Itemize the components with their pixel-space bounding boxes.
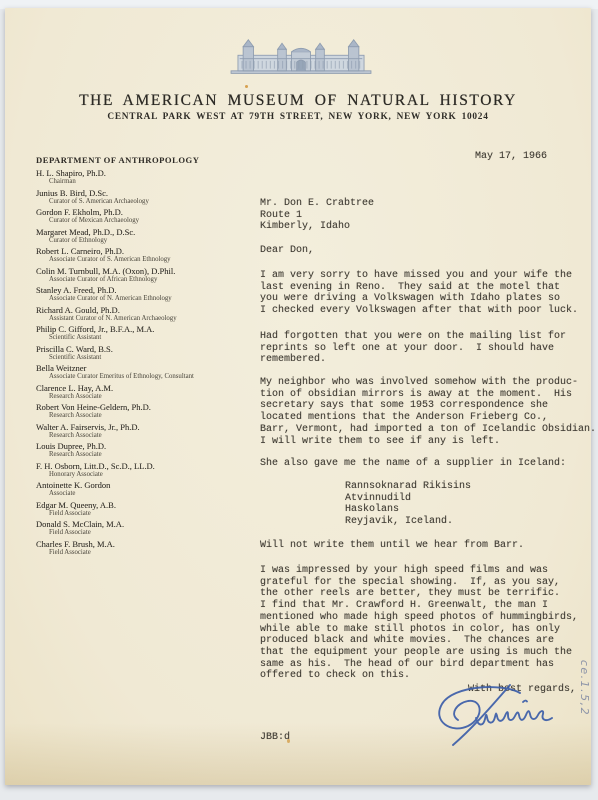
staff-title: Associate Curator of S. American Ethnolo…: [49, 256, 254, 264]
staff-title: Research Associate: [49, 412, 254, 420]
staff-entry: Edgar M. Queeny, A.B.Field Associate: [36, 500, 254, 518]
staff-name: Louis Dupree, Ph.D.: [36, 441, 254, 451]
staff-name: Robert L. Carneiro, Ph.D.: [36, 246, 254, 256]
staff-entry: Gordon F. Ekholm, Ph.D.Curator of Mexica…: [36, 207, 254, 225]
staff-title: Scientific Assistant: [49, 354, 254, 362]
staff-entry: Margaret Mead, Ph.D., D.Sc.Curator of Et…: [36, 227, 254, 245]
staff-title: Scientific Assistant: [49, 334, 254, 342]
staff-title: Honorary Associate: [49, 471, 254, 479]
staff-title: Associate Curator of African Ethnology: [49, 276, 254, 284]
staff-name: Donald S. McClain, M.A.: [36, 519, 254, 529]
staff-name: Robert Von Heine-Geldern, Ph.D.: [36, 402, 254, 412]
staff-name: F. H. Osborn, Litt.D., Sc.D., LL.D.: [36, 461, 254, 471]
recipient-address: Mr. Don E. Crabtree Route 1 Kimberly, Id…: [260, 198, 598, 233]
staff-name: Bella Weitzner: [36, 363, 254, 373]
staff-name: Stanley A. Freed, Ph.D.: [36, 285, 254, 295]
letter-date: May 17, 1966: [475, 151, 547, 163]
staff-entry: Donald S. McClain, M.A.Field Associate: [36, 519, 254, 537]
staff-title: Research Associate: [49, 393, 254, 401]
staff-name: Clarence L. Hay, A.M.: [36, 383, 254, 393]
staff-entry: Philip C. Gifford, Jr., B.F.A., M.A.Scie…: [36, 324, 254, 342]
signature-handwritten-icon: [423, 680, 573, 750]
staff-name: Edgar M. Queeny, A.B.: [36, 500, 254, 510]
supplier-address-block: Rannsoknarad Rikisins Atvinnudild Haskol…: [345, 481, 595, 528]
staff-name: Priscilla C. Ward, B.S.: [36, 344, 254, 354]
staff-entry: Walter A. Fairservis, Jr., Ph.D.Research…: [36, 422, 254, 440]
staff-title: Assistant Curator of N. American Archaeo…: [49, 315, 254, 323]
staff-entry: Stanley A. Freed, Ph.D.Associate Curator…: [36, 285, 254, 303]
paragraph: Will not write them until we hear from B…: [260, 540, 598, 552]
staff-name: Junius B. Bird, D.Sc.: [36, 188, 254, 198]
margin-annotation: ce.1.5,2: [575, 646, 591, 730]
museum-building-engraving-icon: [227, 38, 375, 76]
staff-name: Gordon F. Ekholm, Ph.D.: [36, 207, 254, 217]
staff-entry: Richard A. Gould, Ph.D.Assistant Curator…: [36, 305, 254, 323]
staff-entry: Colin M. Turnbull, M.A. (Oxon), D.Phil.A…: [36, 266, 254, 284]
paragraph: I was impressed by your high speed films…: [260, 565, 598, 682]
paragraph: She also gave me the name of a supplier …: [260, 458, 598, 470]
staff-entry: Bella WeitznerAssociate Curator Emeritus…: [36, 363, 254, 381]
paragraph: My neighbor who was involved somehow wit…: [260, 377, 598, 447]
staff-entry: Robert L. Carneiro, Ph.D.Associate Curat…: [36, 246, 254, 264]
staff-entry: Junius B. Bird, D.Sc.Curator of S. Ameri…: [36, 188, 254, 206]
staff-name: Walter A. Fairservis, Jr., Ph.D.: [36, 422, 254, 432]
staff-name: Margaret Mead, Ph.D., D.Sc.: [36, 227, 254, 237]
paragraph: Had forgotten that you were on the maili…: [260, 331, 598, 366]
staff-title: Research Associate: [49, 451, 254, 459]
staff-title: Curator of Ethnology: [49, 237, 254, 245]
staff-title: Field Associate: [49, 529, 254, 537]
staff-entry: Priscilla C. Ward, B.S.Scientific Assist…: [36, 344, 254, 362]
staff-entry: H. L. Shapiro, Ph.D.Chairman: [36, 168, 254, 186]
staff-name: Philip C. Gifford, Jr., B.F.A., M.A.: [36, 324, 254, 334]
paragraph: I am very sorry to have missed you and y…: [260, 270, 598, 317]
staff-entry: Charles F. Brush, M.A.Field Associate: [36, 539, 254, 557]
staff-name: Richard A. Gould, Ph.D.: [36, 305, 254, 315]
staff-entry: F. H. Osborn, Litt.D., Sc.D., LL.D.Honor…: [36, 461, 254, 479]
staff-entry: Robert Von Heine-Geldern, Ph.D.Research …: [36, 402, 254, 420]
staff-name: Charles F. Brush, M.A.: [36, 539, 254, 549]
paper-speck: [287, 739, 290, 743]
letterhead-title: THE AMERICAN MUSEUM OF NATURAL HISTORY: [5, 92, 591, 110]
paper-speck: [245, 85, 248, 88]
letter-paper: THE AMERICAN MUSEUM OF NATURAL HISTORY C…: [5, 8, 591, 785]
staff-title: Associate Curator Emeritus of Ethnology,…: [49, 373, 254, 381]
salutation: Dear Don,: [260, 245, 314, 257]
staff-title: Field Associate: [49, 510, 254, 518]
staff-entry: Louis Dupree, Ph.D.Research Associate: [36, 441, 254, 459]
department-heading: DEPARTMENT OF ANTHROPOLOGY: [36, 155, 199, 165]
staff-name: Colin M. Turnbull, M.A. (Oxon), D.Phil.: [36, 266, 254, 276]
staff-list: H. L. Shapiro, Ph.D.Chairman Junius B. B…: [36, 168, 254, 558]
staff-entry: Clarence L. Hay, A.M.Research Associate: [36, 383, 254, 401]
typist-initials: JBB:d: [260, 732, 290, 744]
staff-title: Chairman: [49, 178, 254, 186]
staff-title: Associate: [49, 490, 254, 498]
staff-title: Research Associate: [49, 432, 254, 440]
staff-title: Associate Curator of N. American Ethnolo…: [49, 295, 254, 303]
staff-title: Curator of Mexican Archaeology: [49, 217, 254, 225]
staff-entry: Antoinette K. GordonAssociate: [36, 480, 254, 498]
letterhead-address: CENTRAL PARK WEST AT 79TH STREET, NEW YO…: [5, 112, 591, 122]
staff-name: H. L. Shapiro, Ph.D.: [36, 168, 254, 178]
staff-name: Antoinette K. Gordon: [36, 480, 254, 490]
staff-title: Field Associate: [49, 549, 254, 557]
staff-title: Curator of S. American Archaeology: [49, 198, 254, 206]
